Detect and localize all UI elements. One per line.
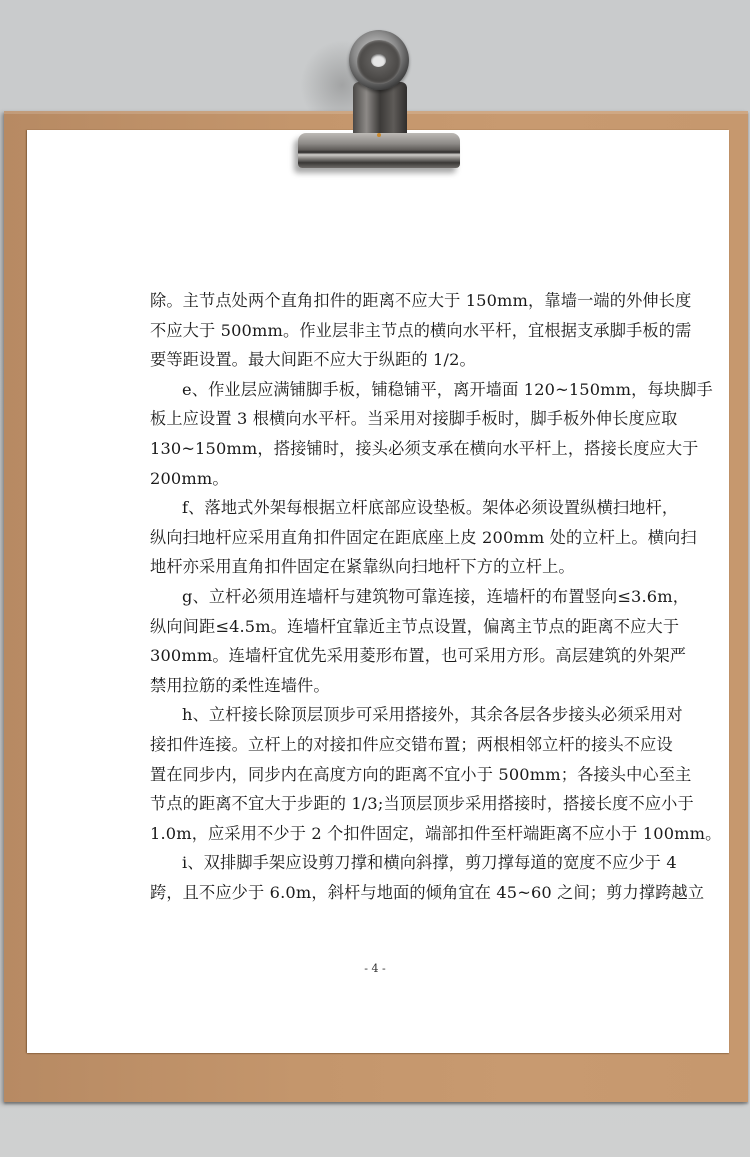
text-line: 接扣件连接。立杆上的对接扣件应交错布置；两根相邻立杆的接头不应设 [150, 730, 600, 760]
paragraph-h: h、立杆接长除顶层顶步可采用搭接外，其余各层各步接头必须采用对 接扣件连接。立杆… [150, 700, 600, 848]
text-line: 纵向间距≤4.5m。连墙杆宜靠近主节点设置，偏离主节点的距离不应大于 [150, 612, 600, 642]
text-line: h、立杆接长除顶层顶步可采用搭接外，其余各层各步接头必须采用对 [150, 700, 600, 730]
paragraph-i: i、双排脚手架应设剪刀撑和横向斜撑，剪刀撑每道的宽度不应少于 4 跨，且不应少于… [150, 848, 600, 907]
text-line: 置在同步内，同步内在高度方向的距离不宜小于 500mm；各接头中心至主 [150, 760, 600, 790]
paragraph-e: e、作业层应满铺脚手板，铺稳铺平，离开墙面 120~150mm，每块脚手 板上应… [150, 375, 600, 493]
paragraph-g: g、立杆必须用连墙杆与建筑物可靠连接，连墙杆的布置竖向≤3.6m， 纵向间距≤4… [150, 582, 600, 700]
text-line: 节点的距离不宜大于步距的 1/3;当顶层顶步采用搭接时，搭接长度不应小于 [150, 789, 600, 819]
text-line: i、双排脚手架应设剪刀撑和横向斜撑，剪刀撑每道的宽度不应少于 4 [150, 848, 600, 878]
binder-clip-hole [371, 54, 386, 67]
text-line: g、立杆必须用连墙杆与建筑物可靠连接，连墙杆的布置竖向≤3.6m， [150, 582, 600, 612]
text-line: 200mm。 [150, 464, 600, 494]
text-line: 1.0m，应采用不少于 2 个扣件固定，端部扣件至杆端距离不应小于 100mm。 [150, 819, 600, 849]
binder-clip-bar [298, 133, 460, 168]
page-number: - 4 - [0, 962, 750, 975]
paragraph-continued: 除。主节点处两个直角扣件的距离不应大于 150mm，靠墙一端的外伸长度 不应大于… [150, 286, 600, 375]
text-line: 禁用拉筋的柔性连墙件。 [150, 671, 600, 701]
text-line: 要等距设置。最大间距不应大于纵距的 1/2。 [150, 345, 600, 375]
text-line: 130~150mm，搭接铺时，接头必须支承在横向水平杆上，搭接长度应大于 [150, 434, 600, 464]
document-body: 除。主节点处两个直角扣件的距离不应大于 150mm，靠墙一端的外伸长度 不应大于… [150, 286, 600, 907]
text-line: 板上应设置 3 根横向水平杆。当采用对接脚手板时，脚手板外伸长度应取 [150, 404, 600, 434]
paragraph-f: f、落地式外架每根据立杆底部应设垫板。架体必须设置纵横扫地杆， 纵向扫地杆应采用… [150, 493, 600, 582]
text-line: 跨，且不应少于 6.0m，斜杆与地面的倾角宜在 45~60 之间；剪力撑跨越立 [150, 878, 600, 908]
binder-clip-rivet [377, 133, 381, 137]
text-line: 300mm。连墙杆宜优先采用菱形布置，也可采用方形。高层建筑的外架严 [150, 641, 600, 671]
text-line: 除。主节点处两个直角扣件的距离不应大于 150mm，靠墙一端的外伸长度 [150, 286, 600, 316]
text-line: 地杆亦采用直角扣件固定在紧靠纵向扫地杆下方的立杆上。 [150, 552, 600, 582]
text-line: f、落地式外架每根据立杆底部应设垫板。架体必须设置纵横扫地杆， [150, 493, 600, 523]
text-line: e、作业层应满铺脚手板，铺稳铺平，离开墙面 120~150mm，每块脚手 [150, 375, 600, 405]
text-line: 不应大于 500mm。作业层非主节点的横向水平杆，宜根据支承脚手板的需 [150, 316, 600, 346]
text-line: 纵向扫地杆应采用直角扣件固定在距底座上皮 200mm 处的立杆上。横向扫 [150, 523, 600, 553]
